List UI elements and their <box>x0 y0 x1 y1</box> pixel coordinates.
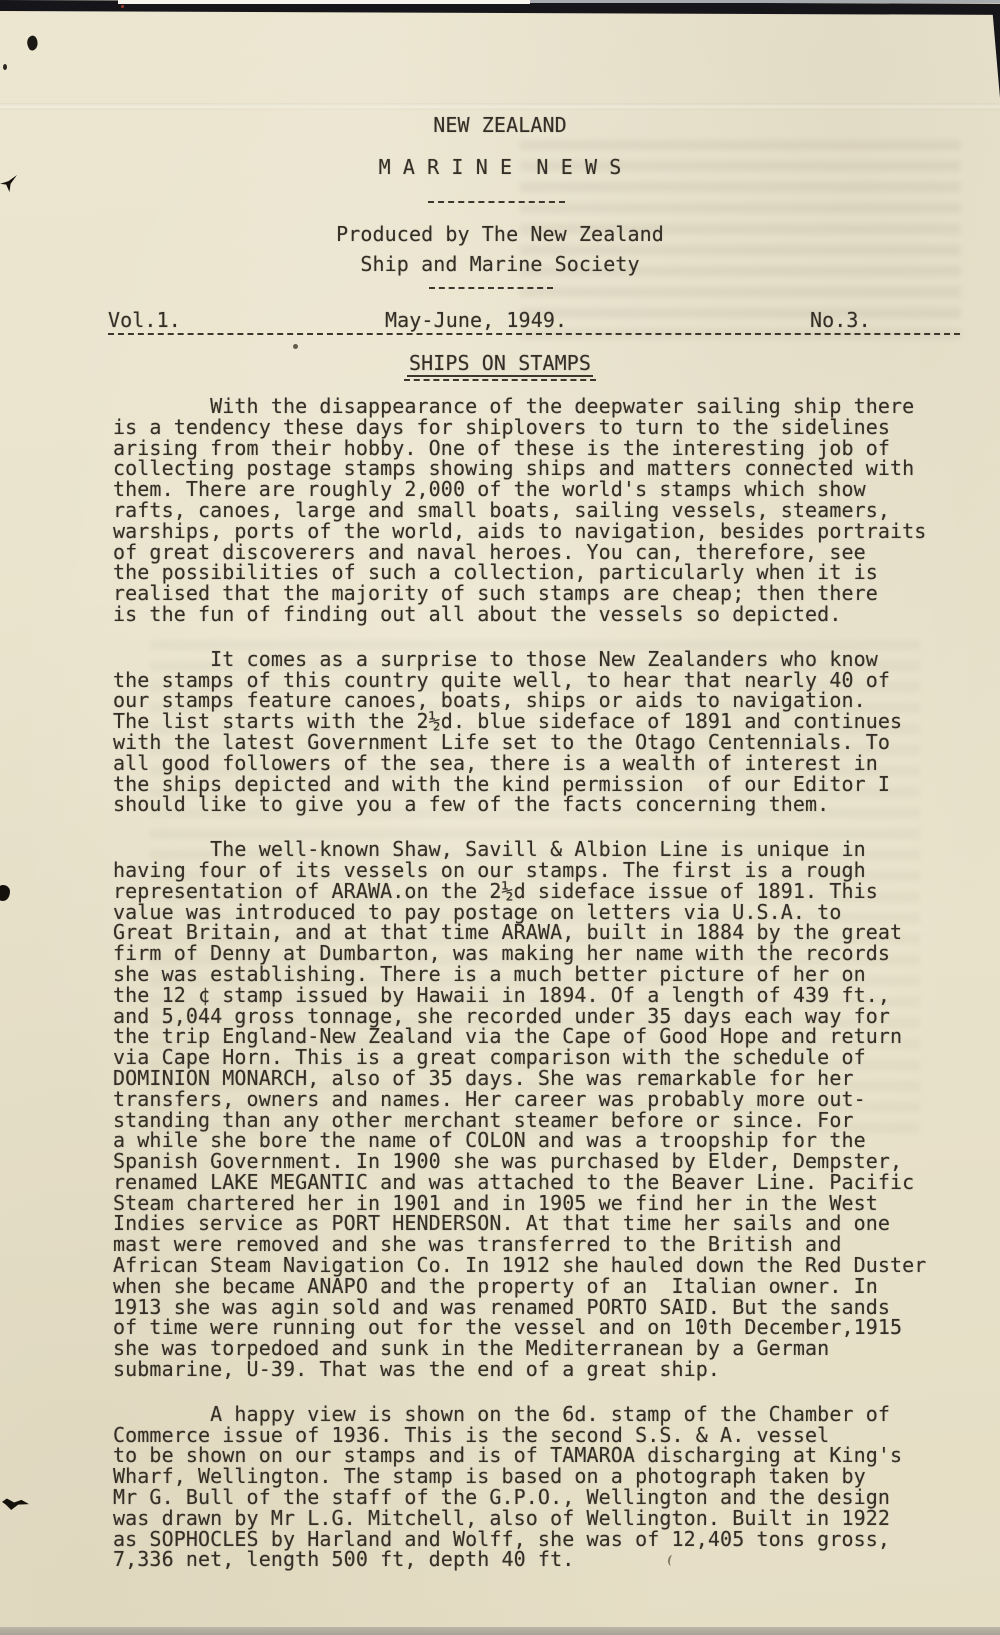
red-speck-top <box>121 5 124 8</box>
issue-info-line: Vol.1. May-June, 1949. No.3. <box>108 307 960 335</box>
paragraph-1: With the disappearance of the deepwater … <box>113 396 958 625</box>
scan-edge-bottom <box>0 1627 1000 1635</box>
paragraph-3: The well-known Shaw, Savill & Albion Lin… <box>113 839 958 1380</box>
produced-by-line1: Produced by The New Zealand <box>0 223 1000 245</box>
scanned-newsletter-page: NEW ZEALAND M A R I N E N E W S Produced… <box>0 0 1000 1635</box>
paper-crease <box>0 103 1000 110</box>
paragraph-4: A happy view is shown on the 6d. stamp o… <box>113 1404 958 1570</box>
ink-mark-bottom-left <box>2 1496 29 1510</box>
scan-edge-top-white-sliver <box>118 0 530 4</box>
produced-by-line2: Ship and Marine Society <box>0 253 1000 275</box>
issue-date: May-June, 1949. <box>385 307 567 333</box>
issue-number: No.3. <box>810 307 871 333</box>
article-body: With the disappearance of the deepwater … <box>113 396 958 1594</box>
ink-speck-left <box>3 64 7 70</box>
masthead-title: M A R I N E N E W S <box>0 156 1000 178</box>
article-heading-underline <box>404 379 596 381</box>
article-heading-wrap: SHIPS ON STAMPS <box>0 352 1000 381</box>
masthead-divider-top <box>428 201 565 203</box>
masthead-region: NEW ZEALAND <box>0 114 1000 136</box>
article-heading: SHIPS ON STAMPS <box>407 352 593 377</box>
scan-edge-top-gray-sliver <box>530 0 1000 3</box>
paragraph-2: It comes as a surprise to those New Zeal… <box>113 649 958 815</box>
scan-edge-right-wedge <box>992 6 1000 98</box>
volume-label: Vol.1. <box>108 307 181 333</box>
ink-blot-top-left <box>25 34 41 51</box>
ink-blob-left-middle <box>0 885 10 901</box>
masthead-divider-bottom <box>429 287 553 289</box>
ink-dot-near-heading <box>293 344 298 349</box>
